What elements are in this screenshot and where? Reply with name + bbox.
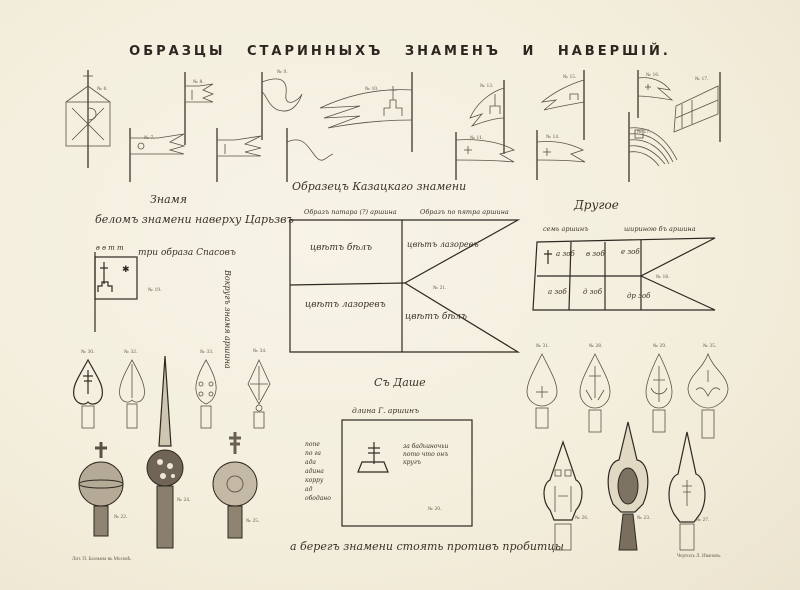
side-note: попе: [305, 440, 341, 449]
banner-cell-text: е зоб: [621, 248, 640, 256]
manuscript-heading: Знамя: [150, 193, 187, 206]
finial-label: № 23.: [637, 516, 651, 521]
finial-23-drawing: [603, 420, 653, 552]
side-note: ад: [305, 485, 341, 494]
finial-label: № 28.: [589, 344, 603, 349]
banner-7-drawing: [128, 128, 188, 184]
banner-label: № 17.: [637, 130, 651, 135]
banner-14-drawing: [540, 70, 590, 142]
banner-label: № 13.: [480, 84, 494, 89]
finial-label: № 26.: [575, 516, 589, 521]
banner-cell-text: а зоб: [548, 288, 567, 296]
plate-title: ОБРАЗЦЫ СТАРИННЫХЪ ЗНАМЕНЪ И НАВЕРШІЙ.: [0, 44, 800, 59]
finial-label: № 33.: [200, 350, 214, 355]
manuscript-subheading: семь аршинъ: [543, 225, 588, 233]
banner-label: № 20.: [428, 507, 442, 512]
finial-label: № 24.: [177, 498, 191, 503]
finial-label: № 22.: [114, 515, 128, 520]
banner-cell-text: а зоб: [556, 250, 575, 258]
finial-label: № 32.: [124, 350, 138, 355]
banner-label: № 16.: [646, 73, 660, 78]
manuscript-heading: Другое: [574, 198, 619, 212]
finial-30-drawing: [72, 358, 104, 430]
banner-10-drawing: [320, 72, 420, 154]
banner-20-drawing: [340, 420, 475, 528]
manuscript-side-note: Вокругъ знамя аршина: [223, 270, 232, 369]
banner-cell-text: цвѣтъ бѣлъ: [310, 243, 372, 253]
manuscript-heading: Образецъ Казацкаго знамени: [292, 180, 466, 193]
banner-6-drawing: [62, 70, 122, 170]
finial-26-drawing: [540, 440, 586, 552]
side-note: ада: [305, 458, 341, 467]
finial-31-drawing: [525, 352, 559, 430]
side-note: адина: [305, 467, 341, 476]
lithograph-plate: ОБРАЗЦЫ СТАРИННЫХЪ ЗНАМЕНЪ И НАВЕРШІЙ. №…: [0, 0, 800, 590]
finial-33-drawing: [193, 358, 219, 430]
banner-cell-text: д зоб: [583, 288, 602, 296]
manuscript-line: беломъ знамени наверху Царьзвъ: [95, 213, 294, 226]
manuscript-line: три образа Спасовъ: [138, 248, 236, 258]
banner-label: № 21.: [433, 286, 447, 291]
manuscript-note: ѳ ѳ т т: [96, 244, 124, 252]
banner-12-drawing: [454, 132, 524, 182]
finial-label: № 35.: [703, 344, 717, 349]
manuscript-footer: а берегъ знамени стоять противъ пробитцы: [290, 540, 564, 553]
manuscript-subheading: Образъ патара (?) аршина: [304, 208, 397, 216]
finial-label: № 31.: [536, 344, 550, 349]
banner-cell-text: цвѣтъ лазоревъ: [305, 300, 386, 310]
banner-label: № 7.: [144, 136, 155, 141]
manuscript-subheading: длина Г. аршинъ: [352, 406, 419, 415]
manuscript-subheading: шириною бъ аршина: [624, 225, 696, 233]
draftsman-credit: Чертилъ Л. Ивановъ.: [677, 554, 721, 559]
finial-22-drawing: [76, 440, 126, 540]
finial-label: № 30.: [81, 350, 95, 355]
finial-32-drawing: [118, 358, 146, 430]
banner-label: № 8.: [193, 80, 204, 85]
banner-cell-text: цвѣтъ бѣлъ: [405, 312, 467, 322]
side-note: ободано: [305, 494, 341, 503]
manuscript-subheading: Образъ по пятра аршина: [420, 208, 509, 216]
finial-34-drawing: [246, 358, 272, 430]
banner-inner-text: за бадьиночьи пото что онъ кругъ: [403, 443, 467, 467]
finial-27-drawing: [664, 430, 710, 552]
banner-17-drawing: [672, 72, 724, 144]
finial-label: № 27.: [696, 518, 710, 523]
banner-label: № 11.: [470, 136, 484, 141]
manuscript-heading: Съ Даше: [374, 376, 426, 389]
svg-text:✱: ✱: [122, 265, 130, 275]
banner-cell-text: цвѣтъ лазоревъ: [407, 240, 479, 249]
banner-cell-text: др зоб: [627, 292, 650, 300]
banner-label: № 15.: [563, 75, 577, 80]
banner-19-drawing: ✱: [70, 252, 140, 332]
banner-cell-text: в зоб: [586, 250, 605, 258]
finial-label: № 25.: [246, 519, 260, 524]
lithographer-credit: Лит. П. Бахмана въ Москвѣ.: [72, 557, 132, 562]
finial-24-drawing: [145, 356, 185, 556]
side-notes: попе по га ада адина корру ад ободано: [305, 440, 341, 503]
finial-label: № 34.: [253, 349, 267, 354]
banner-label: № 17.: [695, 77, 709, 82]
finial-35-drawing: [686, 352, 730, 440]
banner-label: № 18.: [656, 275, 670, 280]
banner-label: № 9.: [277, 70, 288, 75]
banner-label: № 6.: [97, 87, 108, 92]
finial-label: № 29.: [653, 344, 667, 349]
side-note: корру: [305, 476, 341, 485]
banner-label: № 10.: [365, 87, 379, 92]
side-note: по га: [305, 449, 341, 458]
banner-label: № 19.: [148, 288, 162, 293]
